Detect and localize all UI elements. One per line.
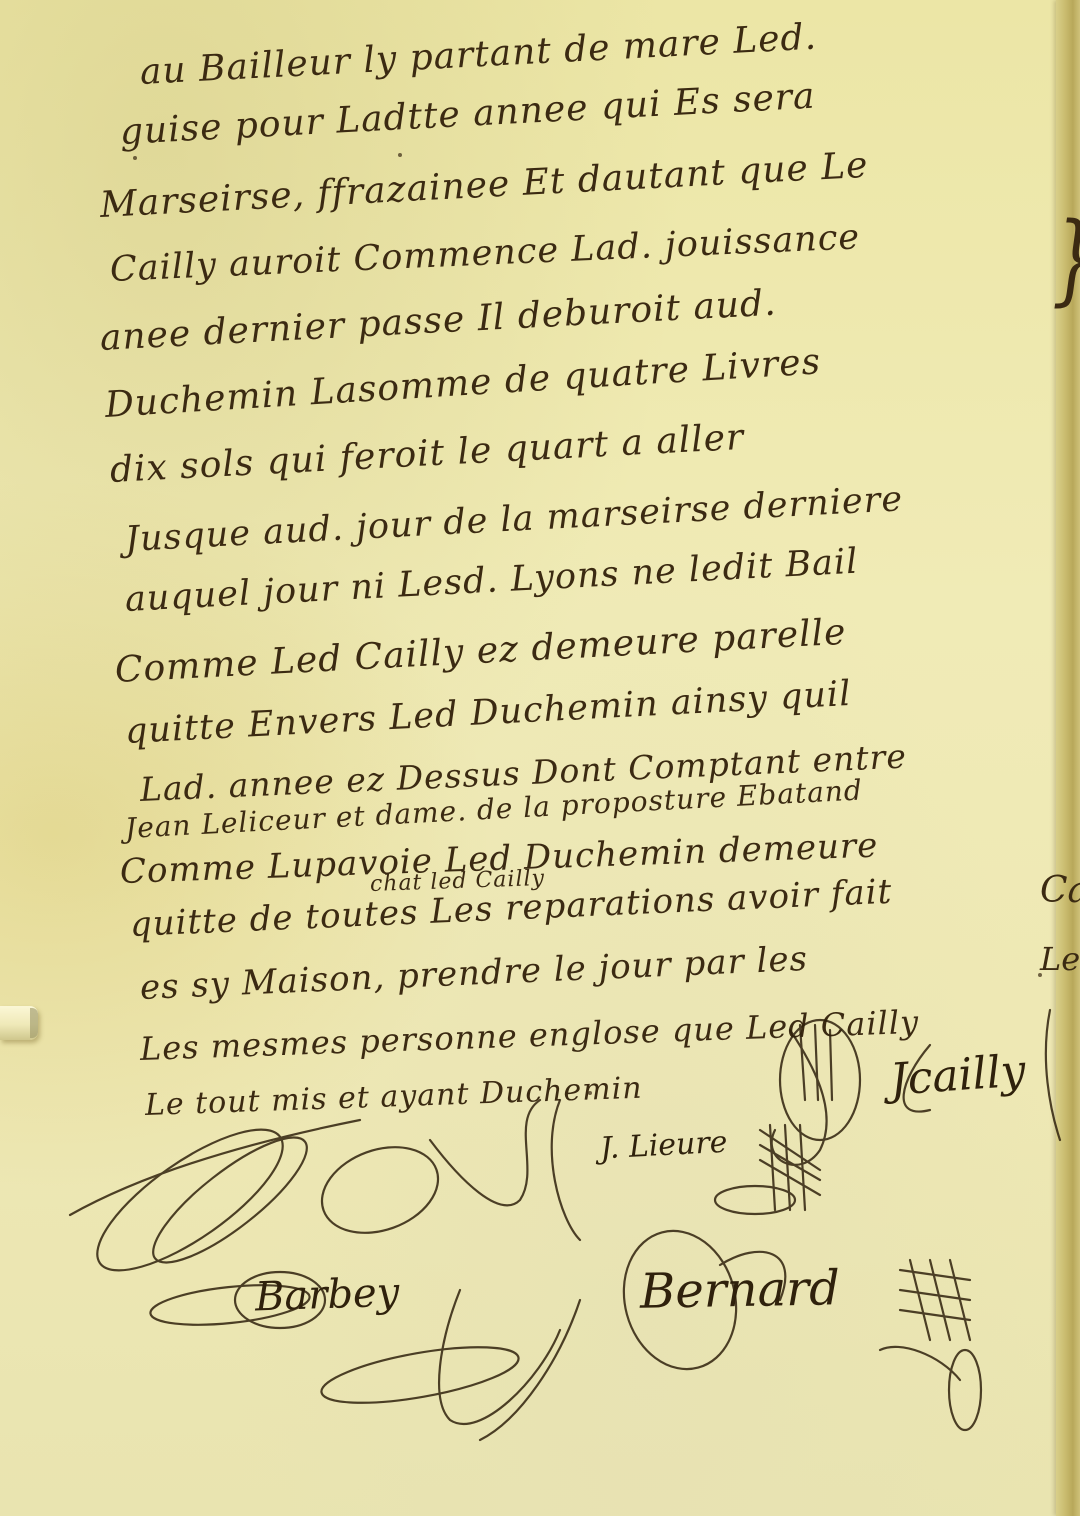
signature-lieure: J. Lieure: [599, 1125, 728, 1167]
binding-pin-end: [30, 1008, 38, 1038]
signature-bernard: Bernard: [640, 1260, 841, 1319]
margin-mark: Le: [1040, 940, 1080, 978]
margin-mark: Ca: [1040, 870, 1080, 911]
signature-jcailly: Jcailly: [888, 1045, 1027, 1105]
margin-brace: }: [1052, 202, 1080, 317]
signature-barbey: Barbey: [254, 1269, 400, 1320]
